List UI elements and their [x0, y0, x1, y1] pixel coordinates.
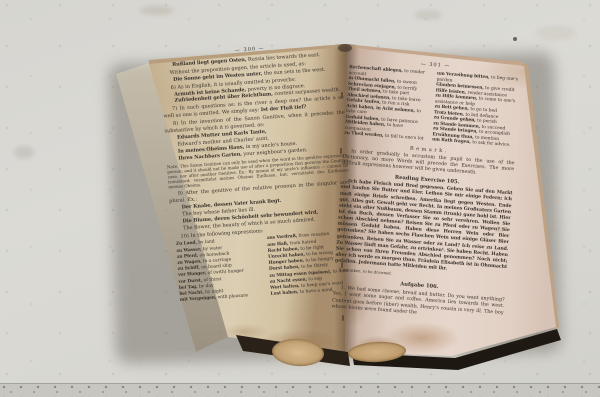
- right-page-text: — 301 — Rechenschaft ablegen, to render …: [329, 56, 522, 360]
- surface-smudge: [536, 26, 576, 40]
- phrase-columns: Rechenschaft ablegen, to render account …: [344, 65, 521, 149]
- reading-exercise-text: Ich habe Fleisch und Brod gegessen. Gehe…: [335, 179, 513, 278]
- surface-smudge: [14, 146, 34, 159]
- expression-columns: Zu Land, by land zu Wasser, by water zu …: [176, 231, 357, 305]
- surface-smudge: [140, 6, 174, 15]
- binding-stitch: [341, 92, 343, 98]
- binding-stitch: [340, 148, 342, 154]
- surface-smudge: [414, 10, 442, 20]
- binding-stitch: [341, 262, 343, 268]
- counter-edge-band: [0, 383, 600, 397]
- photo-scene: — 300 — Rußland liegt gegen Osten, Russi…: [0, 0, 600, 397]
- surface-speck: [513, 37, 517, 41]
- binding-stitch: [342, 315, 344, 321]
- phrase-column-2: um Verzeihung bitten, to beg one's pardo…: [432, 72, 521, 149]
- phrase-column-1: Rechenschaft ablegen, to render account …: [344, 65, 433, 142]
- expression-column-1: Zu Land, by land zu Wasser, by water zu …: [176, 237, 266, 305]
- left-page-body: Rußland liegt gegen Osten, Russia lies t…: [160, 51, 352, 241]
- left-page-text: — 300 — Rußland liegt gegen Osten, Russi…: [159, 41, 359, 340]
